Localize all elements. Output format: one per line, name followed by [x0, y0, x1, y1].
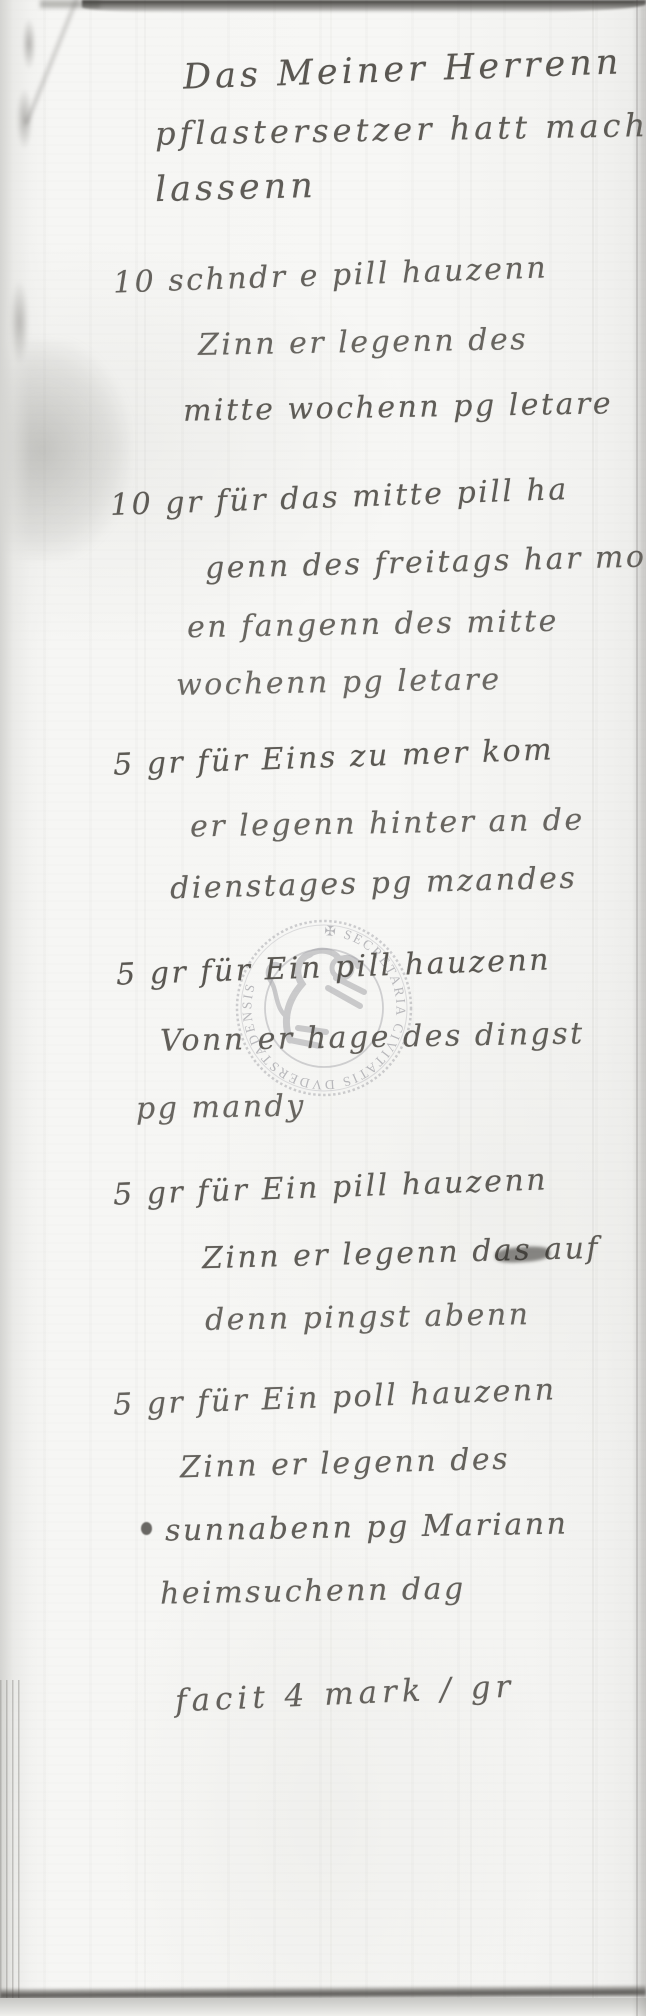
chain-line	[144, 0, 146, 2016]
handwritten-line: 5 gr für Ein pill hauzenn	[113, 1162, 549, 1212]
handwritten-line: 10 schndr e pill hauzenn	[113, 250, 549, 300]
handwritten-line: 5 gr für Eins zu mer kom	[113, 732, 555, 782]
handwritten-line: denn pingst abenn	[205, 1297, 531, 1338]
bottom-page-edge	[0, 1984, 646, 2000]
handwritten-line: en fangenn des mitte	[187, 604, 559, 645]
handwritten-line: Zinn er legenn des	[198, 322, 529, 363]
handwritten-line: dienstages pg mzandes	[170, 861, 578, 907]
fold-line	[592, 0, 594, 2016]
handwritten-line: pg mandy	[136, 1089, 306, 1127]
edge-blotch	[16, 88, 33, 150]
handwritten-line: 10 gr für das mitte pill ha	[110, 472, 570, 523]
handwritten-line: heimsuchenn dag	[160, 1571, 466, 1611]
handwritten-line: lassenn	[155, 166, 318, 210]
edge-blotch	[10, 280, 29, 365]
manuscript-page: ✠ SECRETARIA CIVITATIS DVDERSTADENSIS Da…	[0, 0, 646, 2016]
paper-stain	[0, 340, 130, 560]
seal-stamp: ✠ SECRETARIA CIVITATIS DVDERSTADENSIS	[224, 908, 424, 1108]
handwritten-line: wochenn pg letare	[176, 662, 502, 703]
handwritten-line: Zinn er legenn das auf	[202, 1231, 601, 1276]
handwritten-line: Zinn er legenn des	[180, 1442, 511, 1486]
handwritten-line: mitte wochenn pg letare	[183, 386, 614, 429]
page-stack-lines	[0, 1680, 22, 2016]
right-edge-line	[636, 0, 638, 2016]
handwritten-line: sunnabenn pg Mariann	[165, 1506, 569, 1548]
handwritten-line: genn des freitags har mor	[205, 539, 646, 586]
handwritten-line: pflastersetzer hatt machen	[155, 105, 646, 152]
left-deckle-edge	[0, 0, 30, 2016]
right-page-edge	[632, 0, 646, 2016]
top-page-edge	[82, 0, 646, 13]
seal-outer-ring	[237, 921, 411, 1095]
summary-line: facit 4 mark / gr	[174, 1669, 516, 1720]
handwritten-line: Das Meiner Herrenn	[182, 42, 623, 97]
below-page-area	[0, 1998, 646, 2016]
chain-line	[470, 0, 472, 2016]
handwritten-line: 5 gr für Ein poll hauzenn	[113, 1372, 558, 1422]
corner-crease	[25, 0, 78, 125]
handwritten-line: er legenn hinter an de	[190, 803, 585, 845]
edge-blotch	[22, 18, 36, 70]
ink-speck	[141, 1522, 152, 1535]
top-page-edge-fade	[40, 0, 100, 8]
handwritten-line: Vonn er hage des dingst	[160, 1016, 585, 1058]
